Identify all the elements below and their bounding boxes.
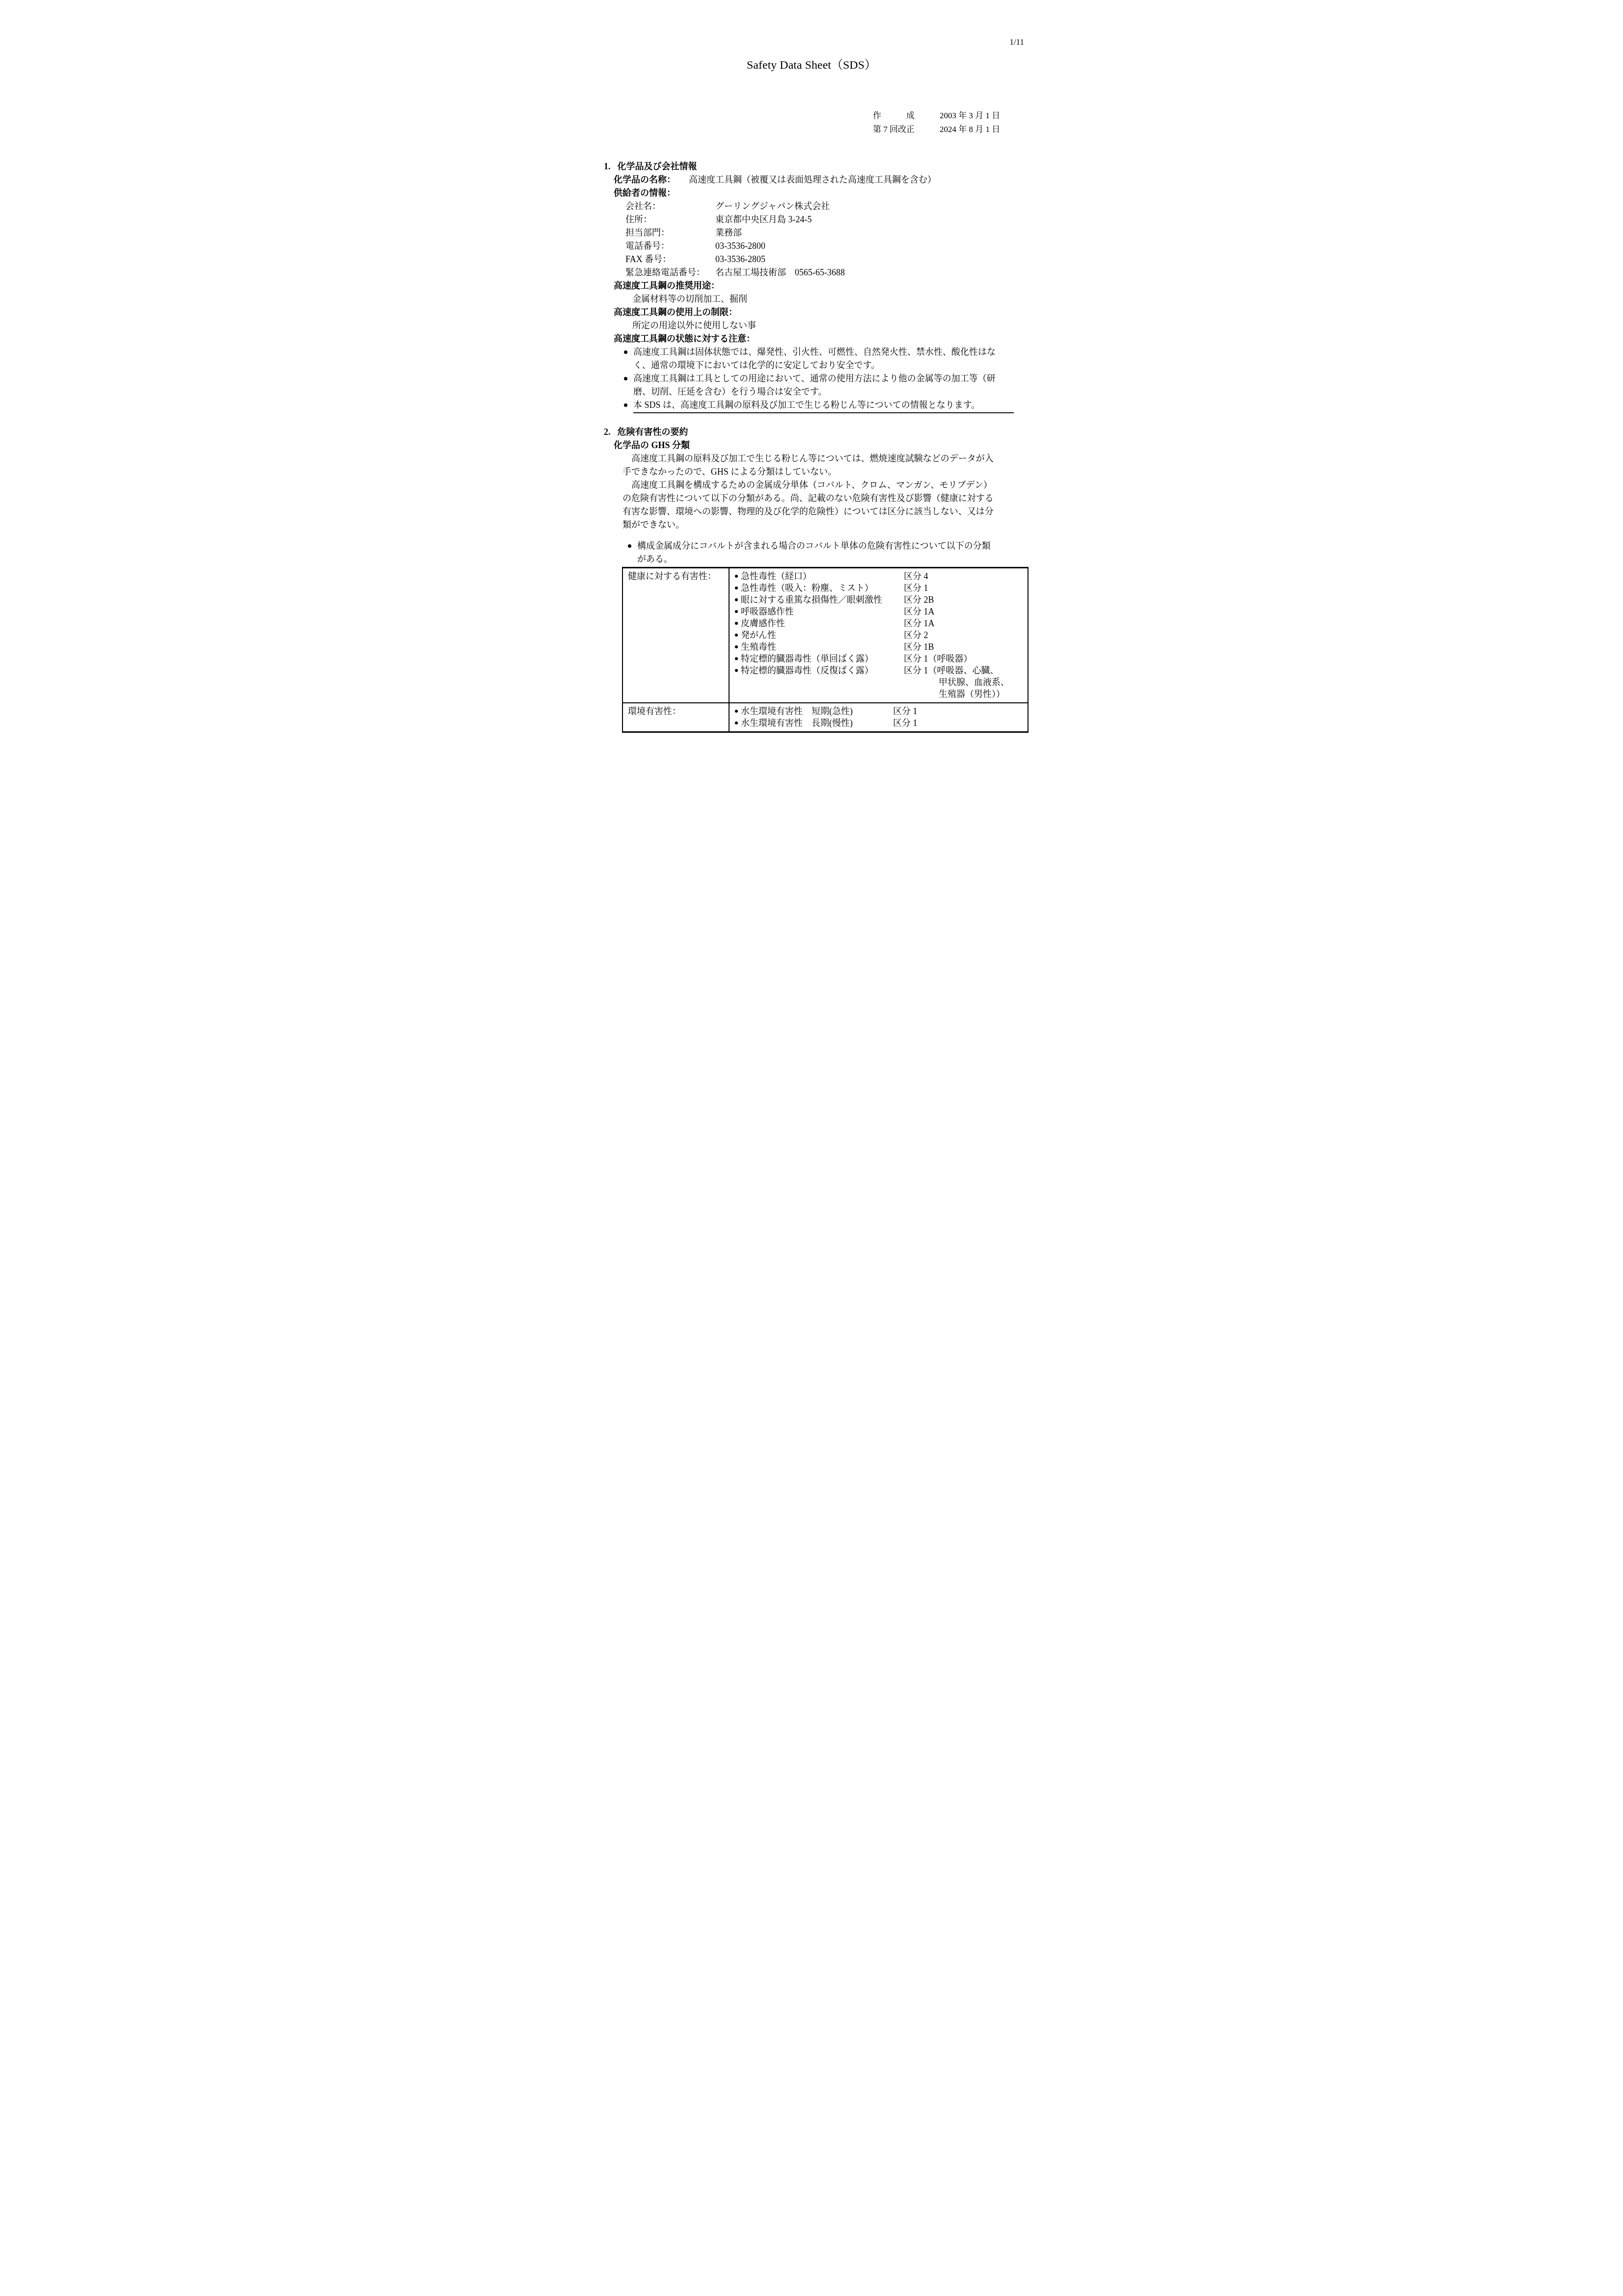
caution-3-line-1: 本 SDS は、高速度工具鋼の原料及び加工で生じる粉じん等についての情報となりま… <box>633 399 1014 413</box>
hazard-item-acute-inhalation: 急性毒性（吸入：粉塵、ミスト） 区分 1 <box>735 582 1026 594</box>
section-1-heading: 1.化学品及び会社情報 <box>604 160 1082 173</box>
caution-1-line-2: く、通常の環境下においては化学的に安定しており安全です。 <box>633 359 1082 372</box>
ghs-para2-line-3: 有害な影響、環境への影響、物理的及び化学的危険性）については区分に該当しない、又… <box>622 505 1082 518</box>
hazard-item-skin-sensitization: 皮膚感作性 区分 1A <box>735 617 1026 629</box>
company-name-value: グーリングジャパン株式会社 <box>715 200 830 213</box>
caution-bullet-1: 高速度工具鋼は固体状態では、爆発性、引火性、可燃性、自然発火性、禁水性、酸化性は… <box>623 346 1082 372</box>
health-hazard-items: 急性毒性（経口） 区分 4 急性毒性（吸入：粉塵、ミスト） 区分 1 眼に対する… <box>730 568 1028 702</box>
hazard-item-respiratory-sensitization: 呼吸器感作性 区分 1A <box>735 606 1026 617</box>
ghs-classification-heading: 化学品の GHS 分類 <box>614 439 1082 452</box>
revision-row-revised: 第 7 回改正 2024 年 8 月 1 日 <box>873 123 1082 136</box>
created-label: 作 成 <box>873 109 940 123</box>
ghs-para1-line-2: 手できなかったので、GHS による分類はしていない。 <box>622 465 1082 479</box>
section-1-chemical-and-company-info: 1.化学品及び会社情報 化学品の名称：高速度工具鋼（被覆又は表面処理された高速度… <box>541 160 1082 413</box>
supplier-fax-row: FAX 番号： 03-3536-2805 <box>625 253 1082 266</box>
hazard-item-eye-damage: 眼に対する重篤な損傷性／眼刺激性 区分 2B <box>735 594 1026 606</box>
revision-row-created: 作 成 2003 年 3 月 1 日 <box>873 109 1082 123</box>
environmental-hazard-items: 水生環境有害性 短期(急性) 区分 1 水生環境有害性 長期(慢性) 区分 1 <box>730 703 1028 731</box>
document-title: Safety Data Sheet（SDS） <box>541 58 1082 73</box>
department-value: 業務部 <box>715 226 742 240</box>
health-hazard-header: 健康に対する有害性： <box>623 568 730 702</box>
emergency-phone-label: 緊急連絡電話番号： <box>625 266 715 279</box>
company-name-label: 会社名： <box>625 200 715 213</box>
product-name-row: 化学品の名称：高速度工具鋼（被覆又は表面処理された高速度工具鋼を含む） <box>614 173 1082 187</box>
use-restriction-heading: 高速度工具鋼の使用上の制限： <box>614 306 1082 319</box>
page-number: 1/11 <box>1009 37 1024 47</box>
section-1-title: 化学品及び会社情報 <box>618 161 697 171</box>
caution-2-line-2: 磨、切削、圧延を含む）を行う場合は安全です。 <box>633 385 1082 399</box>
hazard-item-acute-oral: 急性毒性（経口） 区分 4 <box>735 570 1026 582</box>
emergency-phone-value: 名古屋工場技術部 0565-65-3688 <box>715 266 845 279</box>
revision-block: 作 成 2003 年 3 月 1 日 第 7 回改正 2024 年 8 月 1 … <box>873 109 1082 136</box>
caution-1-line-1: 高速度工具鋼は固体状態では、爆発性、引火性、可燃性、自然発火性、禁水性、酸化性は… <box>633 346 1082 359</box>
section-1-number: 1. <box>604 160 611 173</box>
revised-date: 2024 年 8 月 1 日 <box>940 123 1000 136</box>
section-2-title: 危険有害性の要約 <box>618 427 688 437</box>
department-label: 担当部門： <box>625 226 715 240</box>
use-restriction-value: 所定の用途以外に使用しない事 <box>632 319 1082 332</box>
ghs-paragraph-2: 高速度工具鋼を構成するための金属成分単体（コバルト、クロム、マンガン、モリブデン… <box>622 479 1082 532</box>
hazard-item-stot-repeated: 特定標的臓器毒性（反復ばく露） 区分 1（呼吸器、心臓、 甲状腺、血液系、 生殖… <box>735 665 1026 700</box>
environmental-hazard-row: 環境有害性： 水生環境有害性 短期(急性) 区分 1 水生環境有害性 長期(慢性… <box>623 702 1028 731</box>
cobalt-bullet-line-1: 構成金属成分にコバルトが含まれる場合のコバルト単体の危険有害性について以下の分類 <box>637 539 1082 553</box>
hazard-classification-table: 健康に対する有害性： 急性毒性（経口） 区分 4 急性毒性（吸入：粉塵、ミスト）… <box>622 567 1028 733</box>
supplier-phone-row: 電話番号： 03-3536-2800 <box>625 240 1082 253</box>
section-2-heading: 2.危険有害性の要約 <box>604 426 1082 439</box>
cobalt-hazard-bullet: 構成金属成分にコバルトが含まれる場合のコバルト単体の危険有害性について以下の分類… <box>627 539 1082 566</box>
ghs-para2-line-2: の危険有害性について以下の分類がある。尚、記載のない危険有害性及び影響（健康に対… <box>622 492 1082 505</box>
cobalt-bullet-line-2: がある。 <box>637 553 1082 566</box>
supplier-department-row: 担当部門： 業務部 <box>625 226 1082 240</box>
product-name-label: 化学品の名称： <box>614 175 676 185</box>
phone-value: 03-3536-2800 <box>715 240 765 253</box>
section-2-hazard-summary: 2.危険有害性の要約 化学品の GHS 分類 高速度工具鋼の原料及び加工で生じる… <box>541 426 1082 733</box>
caution-2-line-1: 高速度工具鋼は工具としての用途において、通常の使用方法により他の金属等の加工等（… <box>633 372 1082 385</box>
address-value: 東京都中央区月島 3-24-5 <box>715 213 812 226</box>
fax-label: FAX 番号： <box>625 253 715 266</box>
supplier-company-row: 会社名： グーリングジャパン株式会社 <box>625 200 1082 213</box>
environmental-hazard-header: 環境有害性： <box>623 703 730 731</box>
recommended-use-value: 金属材料等の切削加工、掘削 <box>632 293 1082 306</box>
supplier-info-heading: 供給者の情報： <box>614 187 1082 200</box>
ghs-para2-line-1: 高速度工具鋼を構成するための金属成分単体（コバルト、クロム、マンガン、モリブデン… <box>622 479 1082 492</box>
hazard-item-carcinogenicity: 発がん性 区分 2 <box>735 629 1026 641</box>
address-label: 住所： <box>625 213 715 226</box>
caution-bullet-2: 高速度工具鋼は工具としての用途において、通常の使用方法により他の金属等の加工等（… <box>623 372 1082 399</box>
supplier-address-row: 住所： 東京都中央区月島 3-24-5 <box>625 213 1082 226</box>
created-date: 2003 年 3 月 1 日 <box>940 109 1000 123</box>
fax-value: 03-3536-2805 <box>715 253 765 266</box>
revised-label: 第 7 回改正 <box>873 123 940 136</box>
ghs-para2-line-4: 類ができない。 <box>622 518 1082 532</box>
state-caution-heading: 高速度工具鋼の状態に対する注意： <box>614 332 1082 346</box>
hazard-item-aquatic-chronic: 水生環境有害性 長期(慢性) 区分 1 <box>735 717 1026 729</box>
hazard-item-aquatic-acute: 水生環境有害性 短期(急性) 区分 1 <box>735 705 1026 717</box>
supplier-emergency-row: 緊急連絡電話番号： 名古屋工場技術部 0565-65-3688 <box>625 266 1082 279</box>
product-name-value: 高速度工具鋼（被覆又は表面処理された高速度工具鋼を含む） <box>689 175 936 185</box>
hazard-item-stot-single: 特定標的臓器毒性（単回ばく露） 区分 1（呼吸器） <box>735 653 1026 665</box>
caution-bullet-3: 本 SDS は、高速度工具鋼の原料及び加工で生じる粉じん等についての情報となりま… <box>623 399 1082 413</box>
section-2-number: 2. <box>604 426 611 439</box>
recommended-use-heading: 高速度工具鋼の推奨用途： <box>614 279 1082 293</box>
phone-label: 電話番号： <box>625 240 715 253</box>
hazard-item-reproductive-toxicity: 生殖毒性 区分 1B <box>735 641 1026 653</box>
sds-document-page: 1/11 Safety Data Sheet（SDS） 作 成 2003 年 3… <box>541 0 1082 765</box>
ghs-paragraph-1: 高速度工具鋼の原料及び加工で生じる粉じん等については、燃焼速度試験などのデータが… <box>622 452 1082 479</box>
ghs-para1-line-1: 高速度工具鋼の原料及び加工で生じる粉じん等については、燃焼速度試験などのデータが… <box>622 452 1082 465</box>
health-hazard-row: 健康に対する有害性： 急性毒性（経口） 区分 4 急性毒性（吸入：粉塵、ミスト）… <box>623 568 1028 702</box>
